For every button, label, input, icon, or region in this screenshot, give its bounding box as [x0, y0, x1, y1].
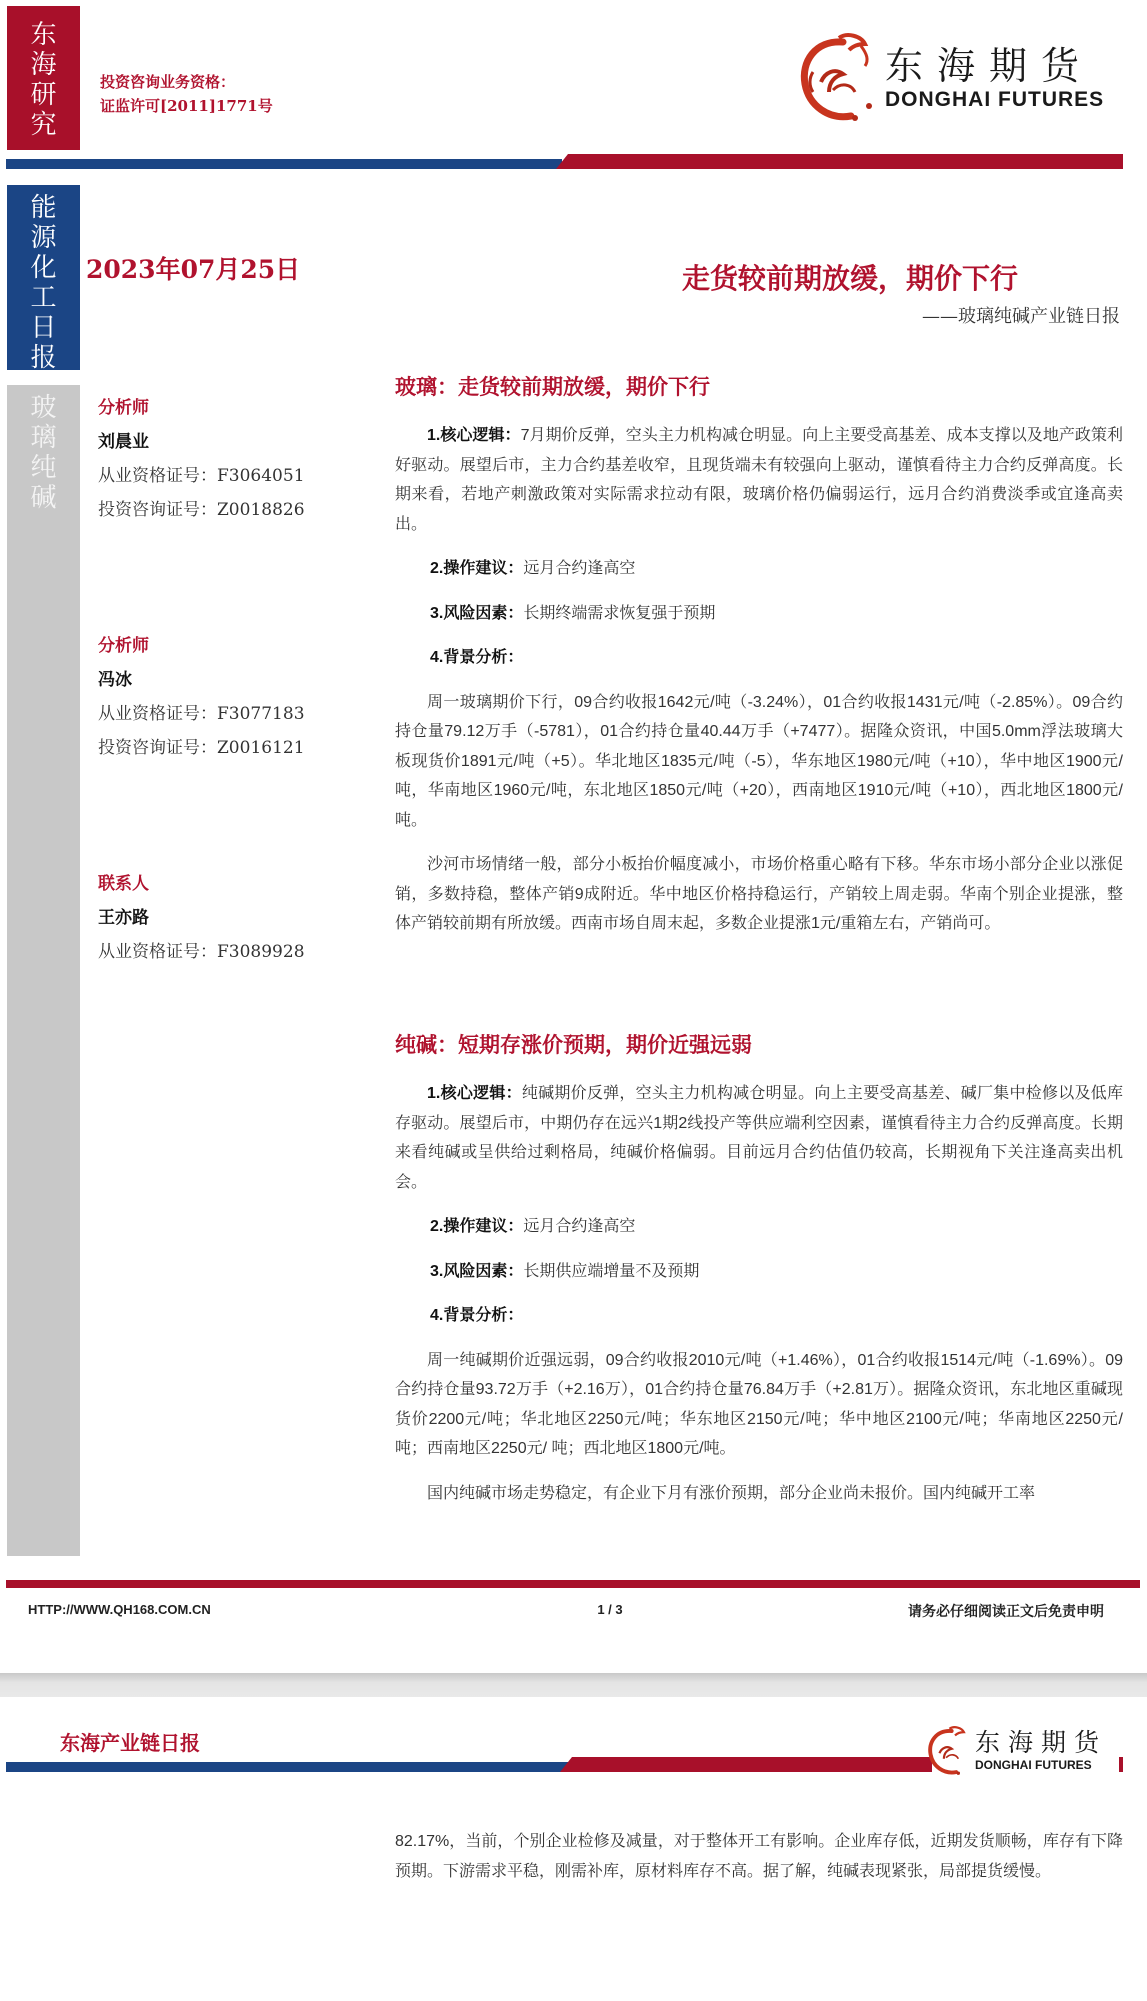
donghai-logo: 东海期货 DONGHAI FUTURES — [795, 32, 1104, 124]
page2-header-title: 东海产业链日报 — [60, 1727, 200, 1756]
analyst-card: 分析师 冯冰 从业资格证号：F3077183 投资咨询证号：Z0016121 — [98, 629, 305, 765]
contact-license: 从业资格证号：F3089928 — [98, 935, 305, 969]
page2-header-bar-red-end — [1119, 1757, 1123, 1772]
topic-box-char: 璃 — [30, 423, 56, 453]
category-box-char: 日 — [30, 313, 56, 343]
category-box-energy-chem-daily: 能 源 化 工 日 报 — [7, 185, 80, 370]
qualification-value: 证监许可[2011]1771号 — [100, 94, 273, 118]
brand-box-donghai-research: 东 海 研 究 — [7, 6, 80, 150]
page2-donghai-logo: 东海期货 DONGHAI FUTURES — [925, 1721, 1111, 1781]
soda-core-logic: 1.核心逻辑：纯碱期价反弹，空头主力机构减仓明显。向上主要受高基差、碱厂集中检修… — [395, 1079, 1123, 1197]
topic-box-char: 碱 — [30, 483, 56, 513]
report-date: 2023年07月25日 — [86, 250, 300, 286]
glass-operation-advice: 2.操作建议：远月合约逢高空 — [395, 554, 1123, 584]
footer-bar — [6, 1580, 1140, 1588]
topic-box-glass-soda: 玻 璃 纯 碱 — [7, 385, 80, 1556]
soda-background-para-2-continued: 82.17%，当前，个别企业检修及减量，对于整体开工有影响。企业库存低，近期发货… — [395, 1827, 1123, 1886]
glass-background-para-2: 沙河市场情绪一般，部分小板抬价幅度减小，市场价格重心略有下移。华东市场小部分企业… — [395, 850, 1123, 939]
topic-box-char: 纯 — [30, 453, 56, 483]
glass-section-title: 玻璃：走货较前期放缓，期价下行 — [395, 372, 1123, 402]
qualification-label: 投资咨询业务资格： — [100, 70, 273, 94]
contact-card: 联系人 王亦路 从业资格证号：F3089928 — [98, 867, 305, 969]
page-2: 东海产业链日报 东海期货 DONGHAI FUTURES 82.17%，当前，个… — [0, 1697, 1147, 2001]
core-logic-label: 1.核心逻辑： — [427, 427, 521, 444]
header-bar-red — [556, 154, 1123, 169]
soda-background-para-1: 周一纯碱期价近强远弱，09合约收报2010元/吨（+1.46%），01合约收报1… — [395, 1346, 1123, 1464]
analyst-license: 从业资格证号：F3064051 — [98, 459, 305, 493]
category-box-char: 报 — [30, 343, 56, 373]
analyst-license: 投资咨询证号：Z0018826 — [98, 493, 305, 527]
dragon-logo-icon — [795, 32, 885, 124]
qualification-info: 投资咨询业务资格： 证监许可[2011]1771号 — [100, 70, 273, 118]
header-bar-blue — [6, 159, 562, 169]
soda-section: 纯碱：短期存涨价预期，期价近强远弱 1.核心逻辑：纯碱期价反弹，空头主力机构减仓… — [395, 1030, 1123, 1508]
dragon-logo-icon — [925, 1721, 975, 1781]
risk-label: 3.风险因素： — [430, 1263, 523, 1280]
logo-english-name: DONGHAI FUTURES — [975, 1757, 1092, 1773]
logo-chinese-name: 东海期货 — [975, 1729, 1107, 1757]
footer-url-link[interactable]: HTTP://WWW.QH168.COM.CN — [28, 1602, 211, 1617]
glass-background-label: 4.背景分析： — [395, 643, 1123, 673]
glass-background-para-1: 周一玻璃期价下行，09合约收报1642元/吨（-3.24%），01合约收报143… — [395, 688, 1123, 836]
analyst-name: 刘晨业 — [98, 425, 305, 459]
brand-box-char: 东 — [30, 20, 56, 50]
category-box-char: 工 — [30, 283, 56, 313]
footer-disclaimer: 请务必仔细阅读正文后免责申明 — [908, 1601, 1104, 1621]
analyst-license: 投资咨询证号：Z0016121 — [98, 731, 305, 765]
analyst-license: 从业资格证号：F3077183 — [98, 697, 305, 731]
brand-box-char: 研 — [30, 80, 56, 110]
operation-label: 2.操作建议： — [430, 1218, 523, 1235]
category-box-char: 化 — [30, 253, 56, 283]
soda-operation-advice: 2.操作建议：远月合约逢高空 — [395, 1212, 1123, 1242]
brand-box-char: 海 — [30, 50, 56, 80]
analyst-card: 分析师 刘晨业 从业资格证号：F3064051 投资咨询证号：Z0018826 — [98, 391, 305, 527]
topic-box-char: 玻 — [30, 393, 56, 423]
category-box-char: 源 — [30, 223, 56, 253]
footer-page-number: 1 / 3 — [590, 1602, 630, 1617]
risk-text: 长期供应端增量不及预期 — [523, 1263, 699, 1280]
soda-background-label: 4.背景分析： — [395, 1301, 1123, 1331]
page2-header-bar-blue — [6, 1762, 572, 1772]
brand-box-char: 究 — [30, 110, 56, 140]
core-logic-label: 1.核心逻辑： — [427, 1085, 522, 1102]
risk-text: 长期终端需求恢复强于预期 — [523, 605, 715, 622]
page-1: 东 海 研 究 投资咨询业务资格： 证监许可[2011]1771号 东海期货 D… — [0, 0, 1147, 1673]
analyst-role: 分析师 — [98, 629, 305, 663]
glass-core-logic: 1.核心逻辑：7月期价反弹，空头主力机构减仓明显。向上主要受高基差、成本支撑以及… — [395, 421, 1123, 539]
risk-label: 3.风险因素： — [430, 605, 523, 622]
analyst-role: 分析师 — [98, 391, 305, 425]
soda-background-para-2-continued-block: 82.17%，当前，个别企业检修及减量，对于整体开工有影响。企业库存低，近期发货… — [395, 1827, 1123, 1886]
report-title: 走货较前期放缓，期价下行 — [560, 257, 1140, 297]
soda-section-title: 纯碱：短期存涨价预期，期价近强远弱 — [395, 1030, 1123, 1060]
glass-risk-factors: 3.风险因素：长期终端需求恢复强于预期 — [395, 599, 1123, 629]
glass-section: 玻璃：走货较前期放缓，期价下行 1.核心逻辑：7月期价反弹，空头主力机构减仓明显… — [395, 372, 1123, 939]
background-label: 4.背景分析： — [430, 1307, 523, 1324]
contact-role: 联系人 — [98, 867, 305, 901]
page-separator — [0, 1673, 1147, 1697]
category-box-char: 能 — [30, 193, 56, 223]
soda-risk-factors: 3.风险因素：长期供应端增量不及预期 — [395, 1257, 1123, 1287]
logo-english-name: DONGHAI FUTURES — [885, 88, 1104, 112]
soda-background-para-2: 国内纯碱市场走势稳定，有企业下月有涨价预期，部分企业尚未报价。国内纯碱开工率 — [395, 1479, 1123, 1509]
analyst-name: 冯冰 — [98, 663, 305, 697]
background-label: 4.背景分析： — [430, 649, 523, 666]
operation-text: 远月合约逢高空 — [523, 560, 635, 577]
operation-text: 远月合约逢高空 — [523, 1218, 635, 1235]
page2-header-bar-red — [560, 1757, 932, 1772]
report-subtitle: ——玻璃纯碱产业链日报 — [922, 302, 1120, 328]
operation-label: 2.操作建议： — [430, 560, 523, 577]
contact-name: 王亦路 — [98, 901, 305, 935]
logo-chinese-name: 东海期货 — [885, 44, 1093, 88]
